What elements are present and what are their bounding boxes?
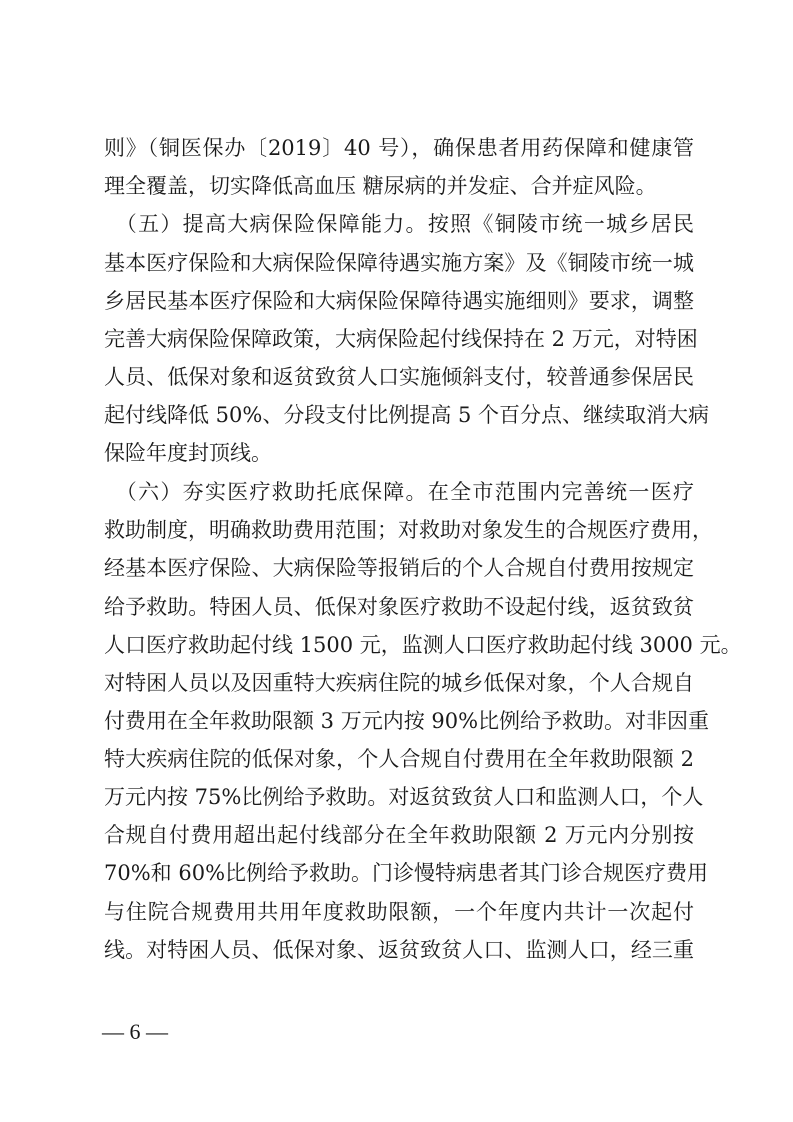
text-line: 起付线降低 50%、分段支付比例提高 5 个百分点、继续取消大病 <box>104 400 694 430</box>
page-number: — 6 — <box>102 1017 168 1047</box>
text-line: 万元内按 75%比例给予救助。对返贫致贫人口和监测人口，个人 <box>104 782 694 812</box>
text-line: 理全覆盖，切实降低高血压 糖尿病的并发症、合并症风险。 <box>104 171 694 201</box>
text-line: 保险年度封顶线。 <box>104 438 694 468</box>
text-line: 给予救助。特困人员、低保对象医疗救助不设起付线，返贫致贫 <box>104 592 694 622</box>
text-line: 70%和 60%比例给予救助。门诊慢特病患者其门诊合规医疗费用 <box>104 858 694 888</box>
text-line: 完善大病保险保障政策，大病保险起付线保持在 2 万元，对特困 <box>104 324 694 354</box>
text-line: 人员、低保对象和返贫致贫人口实施倾斜支付，较普通参保居民 <box>104 362 694 392</box>
text-line: 人口医疗救助起付线 1500 元，监测人口医疗救助起付线 3000 元。 <box>104 630 694 660</box>
text-line: 基本医疗保险和大病保险保障待遇实施方案》及《铜陵市统一城 <box>104 248 694 278</box>
text-line: 付费用在全年救助限额 3 万元内按 90%比例给予救助。对非因重 <box>104 706 694 736</box>
section-heading-line: （五）提高大病保险保障能力。按照《铜陵市统一城乡居民 <box>104 209 694 239</box>
text-line: 对特困人员以及因重特大疾病住院的城乡低保对象，个人合规自 <box>104 668 694 698</box>
section-heading-line: （六）夯实医疗救助托底保障。在全市范围内完善统一医疗 <box>104 477 694 507</box>
text-line: 乡居民基本医疗保险和大病保险保障待遇实施细则》要求，调整 <box>104 286 694 316</box>
text-line: 救助制度，明确救助费用范围；对救助对象发生的合规医疗费用， <box>104 515 694 545</box>
text-line: 与住院合规费用共用年度救助限额，一个年度内共计一次起付 <box>104 897 694 927</box>
text-line: 合规自付费用超出起付线部分在全年救助限额 2 万元内分别按 <box>104 820 694 850</box>
text-line: 线。对特困人员、低保对象、返贫致贫人口、监测人口，经三重 <box>104 935 694 965</box>
text-line: 经基本医疗保险、大病保险等报销后的个人合规自付费用按规定 <box>104 553 694 583</box>
document-page: 则》（铜医保办〔2019〕40 号），确保患者用药保障和健康管 理全覆盖，切实降… <box>0 0 793 1122</box>
text-line: 特大疾病住院的低保对象，个人合规自付费用在全年救助限额 2 <box>104 744 694 774</box>
text-line: 则》（铜医保办〔2019〕40 号），确保患者用药保障和健康管 <box>104 133 694 163</box>
